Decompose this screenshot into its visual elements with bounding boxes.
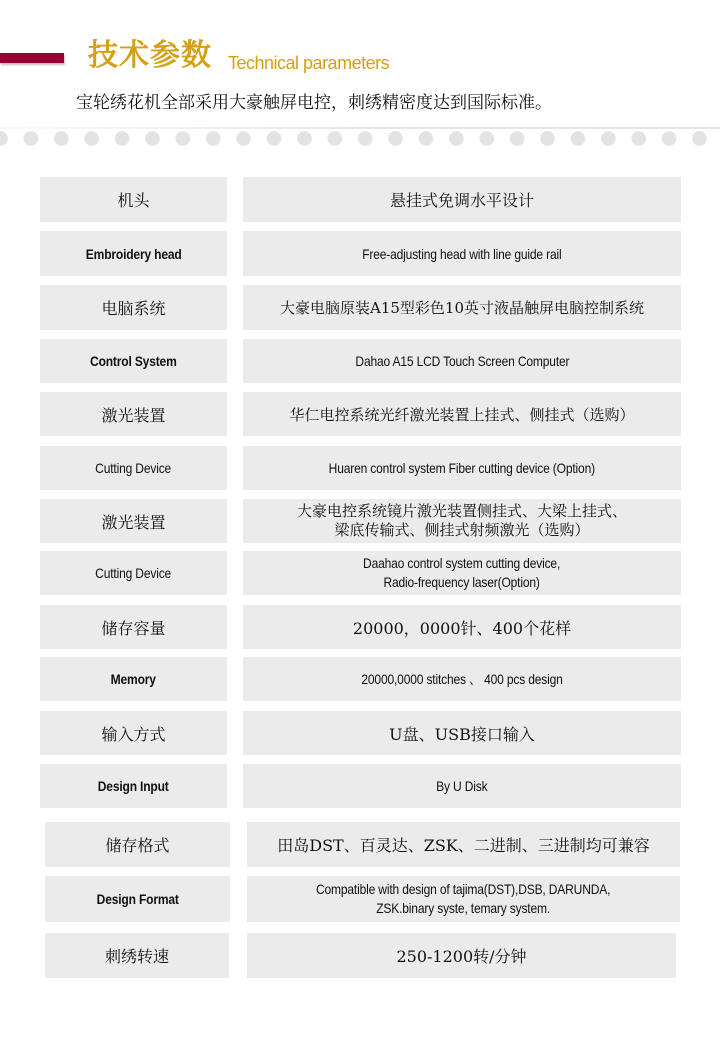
table-row: 刺绣转速 250-1200转/分钟 [0, 933, 720, 978]
table-row: 机头 悬挂式免调水平设计 [0, 177, 720, 222]
accent-bar [0, 53, 64, 63]
spec-label-cell: Embroidery head [40, 231, 227, 276]
spec-label: 储存容量 [101, 616, 165, 639]
table-row: Memory 20000,0000 stitches 、 400 pcs des… [0, 657, 720, 701]
spec-label-cell: 机头 [40, 177, 227, 222]
spec-label-cell: Cutting Device [40, 446, 227, 490]
spec-label: Embroidery head [86, 246, 182, 262]
table-row: Embroidery head Free-adjusting head with… [0, 231, 720, 276]
spec-label-cell: 储存格式 [45, 822, 230, 867]
table-row: Control System Dahao A15 LCD Touch Scree… [0, 339, 720, 383]
spec-label: 电脑系统 [101, 296, 165, 319]
spec-label: Design Format [96, 891, 178, 907]
table-row: Cutting Device Daahao control system cut… [0, 551, 720, 595]
spec-value: Free-adjusting head with line guide rail [362, 246, 561, 262]
spec-label-cell: 储存容量 [40, 605, 227, 649]
spec-value: 20000，0000针、400个花样 [353, 616, 571, 639]
spec-value: 田岛DST、百灵达、ZSK、二进制、三进制均可兼容 [277, 833, 650, 856]
spec-value-cell: 大豪电控系统镜片激光装置侧挂式、大梁上挂式、 梁底传输式、侧挂式射频激光（选购） [243, 499, 681, 543]
spec-label-cell: Control System [40, 339, 227, 383]
table-row: 激光装置 华仁电控系统光纤激光装置上挂式、侧挂式（选购） [0, 392, 720, 436]
spec-value: Dahao A15 LCD Touch Screen Computer [355, 353, 569, 369]
page-title-english: Technical parameters [228, 53, 389, 74]
spec-value-cell: Free-adjusting head with line guide rail [243, 231, 681, 276]
table-row: Design Format Compatible with design of … [0, 876, 720, 922]
spec-label-cell: Design Input [40, 764, 227, 808]
spec-value-cell: 20000,0000 stitches 、 400 pcs design [243, 657, 681, 701]
spec-value: Compatible with design of tajima(DST),DS… [316, 880, 610, 918]
spec-value-cell: 大豪电脑原装A15型彩色10英寸液晶触屏电脑控制系统 [243, 285, 681, 330]
spec-value: U盘、USB接口输入 [389, 722, 535, 745]
spec-label: 机头 [117, 188, 149, 211]
spec-value: Daahao control system cutting device, Ra… [363, 554, 560, 592]
spec-label-cell: 电脑系统 [40, 285, 227, 330]
spec-value: 250-1200转/分钟 [396, 944, 526, 967]
spec-label-cell: Cutting Device [40, 551, 227, 595]
spec-label: 激光装置 [101, 403, 165, 426]
spec-value-cell: 悬挂式免调水平设计 [243, 177, 681, 222]
dotted-divider [0, 131, 720, 146]
spec-value-cell: Compatible with design of tajima(DST),DS… [247, 876, 680, 922]
spec-label-cell: 输入方式 [40, 711, 227, 755]
table-row: 电脑系统 大豪电脑原装A15型彩色10英寸液晶触屏电脑控制系统 [0, 285, 720, 330]
spec-value-cell: 华仁电控系统光纤激光装置上挂式、侧挂式（选购） [243, 392, 681, 436]
spec-label-cell: 刺绣转速 [45, 933, 229, 978]
table-row: 输入方式 U盘、USB接口输入 [0, 711, 720, 755]
spec-value: 20000,0000 stitches 、 400 pcs design [361, 669, 562, 689]
table-row: 激光装置 大豪电控系统镜片激光装置侧挂式、大梁上挂式、 梁底传输式、侧挂式射频激… [0, 499, 720, 543]
spec-label-cell: 激光装置 [40, 499, 227, 543]
spec-label: Cutting Device [96, 460, 172, 476]
table-row: Cutting Device Huaren control system Fib… [0, 446, 720, 490]
page-title: 技术参数 [88, 30, 212, 74]
table-row: Design Input By U Disk [0, 764, 720, 808]
spec-value: 大豪电控系统镜片激光装置侧挂式、大梁上挂式、 梁底传输式、侧挂式射频激光（选购） [297, 502, 627, 540]
spec-label-cell: Design Format [45, 876, 230, 922]
spec-label: Control System [90, 353, 177, 369]
spec-value-cell: Huaren control system Fiber cutting devi… [243, 446, 681, 490]
spec-label: 激光装置 [101, 510, 165, 533]
spec-value-cell: U盘、USB接口输入 [243, 711, 681, 755]
spec-value-cell: Dahao A15 LCD Touch Screen Computer [243, 339, 681, 383]
divider-line [0, 127, 720, 129]
spec-value: Huaren control system Fiber cutting devi… [329, 460, 595, 476]
page-subtitle: 宝轮绣花机全部采用大豪触屏电控，刺绣精密度达到国际标准。 [76, 88, 552, 113]
spec-value-cell: 20000，0000针、400个花样 [243, 605, 681, 649]
spec-value: 悬挂式免调水平设计 [390, 188, 534, 211]
spec-label-cell: Memory [40, 657, 227, 701]
table-row: 储存格式 田岛DST、百灵达、ZSK、二进制、三进制均可兼容 [0, 822, 720, 867]
spec-value-cell: Daahao control system cutting device, Ra… [243, 551, 681, 595]
table-row: 储存容量 20000，0000针、400个花样 [0, 605, 720, 649]
spec-value-cell: 田岛DST、百灵达、ZSK、二进制、三进制均可兼容 [247, 822, 680, 867]
spec-label: Cutting Device [96, 565, 172, 581]
spec-value: By U Disk [436, 778, 487, 794]
spec-label: 输入方式 [101, 722, 165, 745]
spec-label-cell: 激光装置 [40, 392, 227, 436]
spec-value: 大豪电脑原装A15型彩色10英寸液晶触屏电脑控制系统 [280, 297, 644, 318]
spec-label: Design Input [98, 778, 169, 794]
spec-value: 华仁电控系统光纤激光装置上挂式、侧挂式（选购） [289, 404, 634, 425]
spec-label: 储存格式 [105, 833, 169, 856]
spec-label: Memory [111, 671, 156, 687]
spec-value-cell: 250-1200转/分钟 [247, 933, 676, 978]
spec-value-cell: By U Disk [243, 764, 681, 808]
spec-label: 刺绣转速 [105, 944, 169, 967]
